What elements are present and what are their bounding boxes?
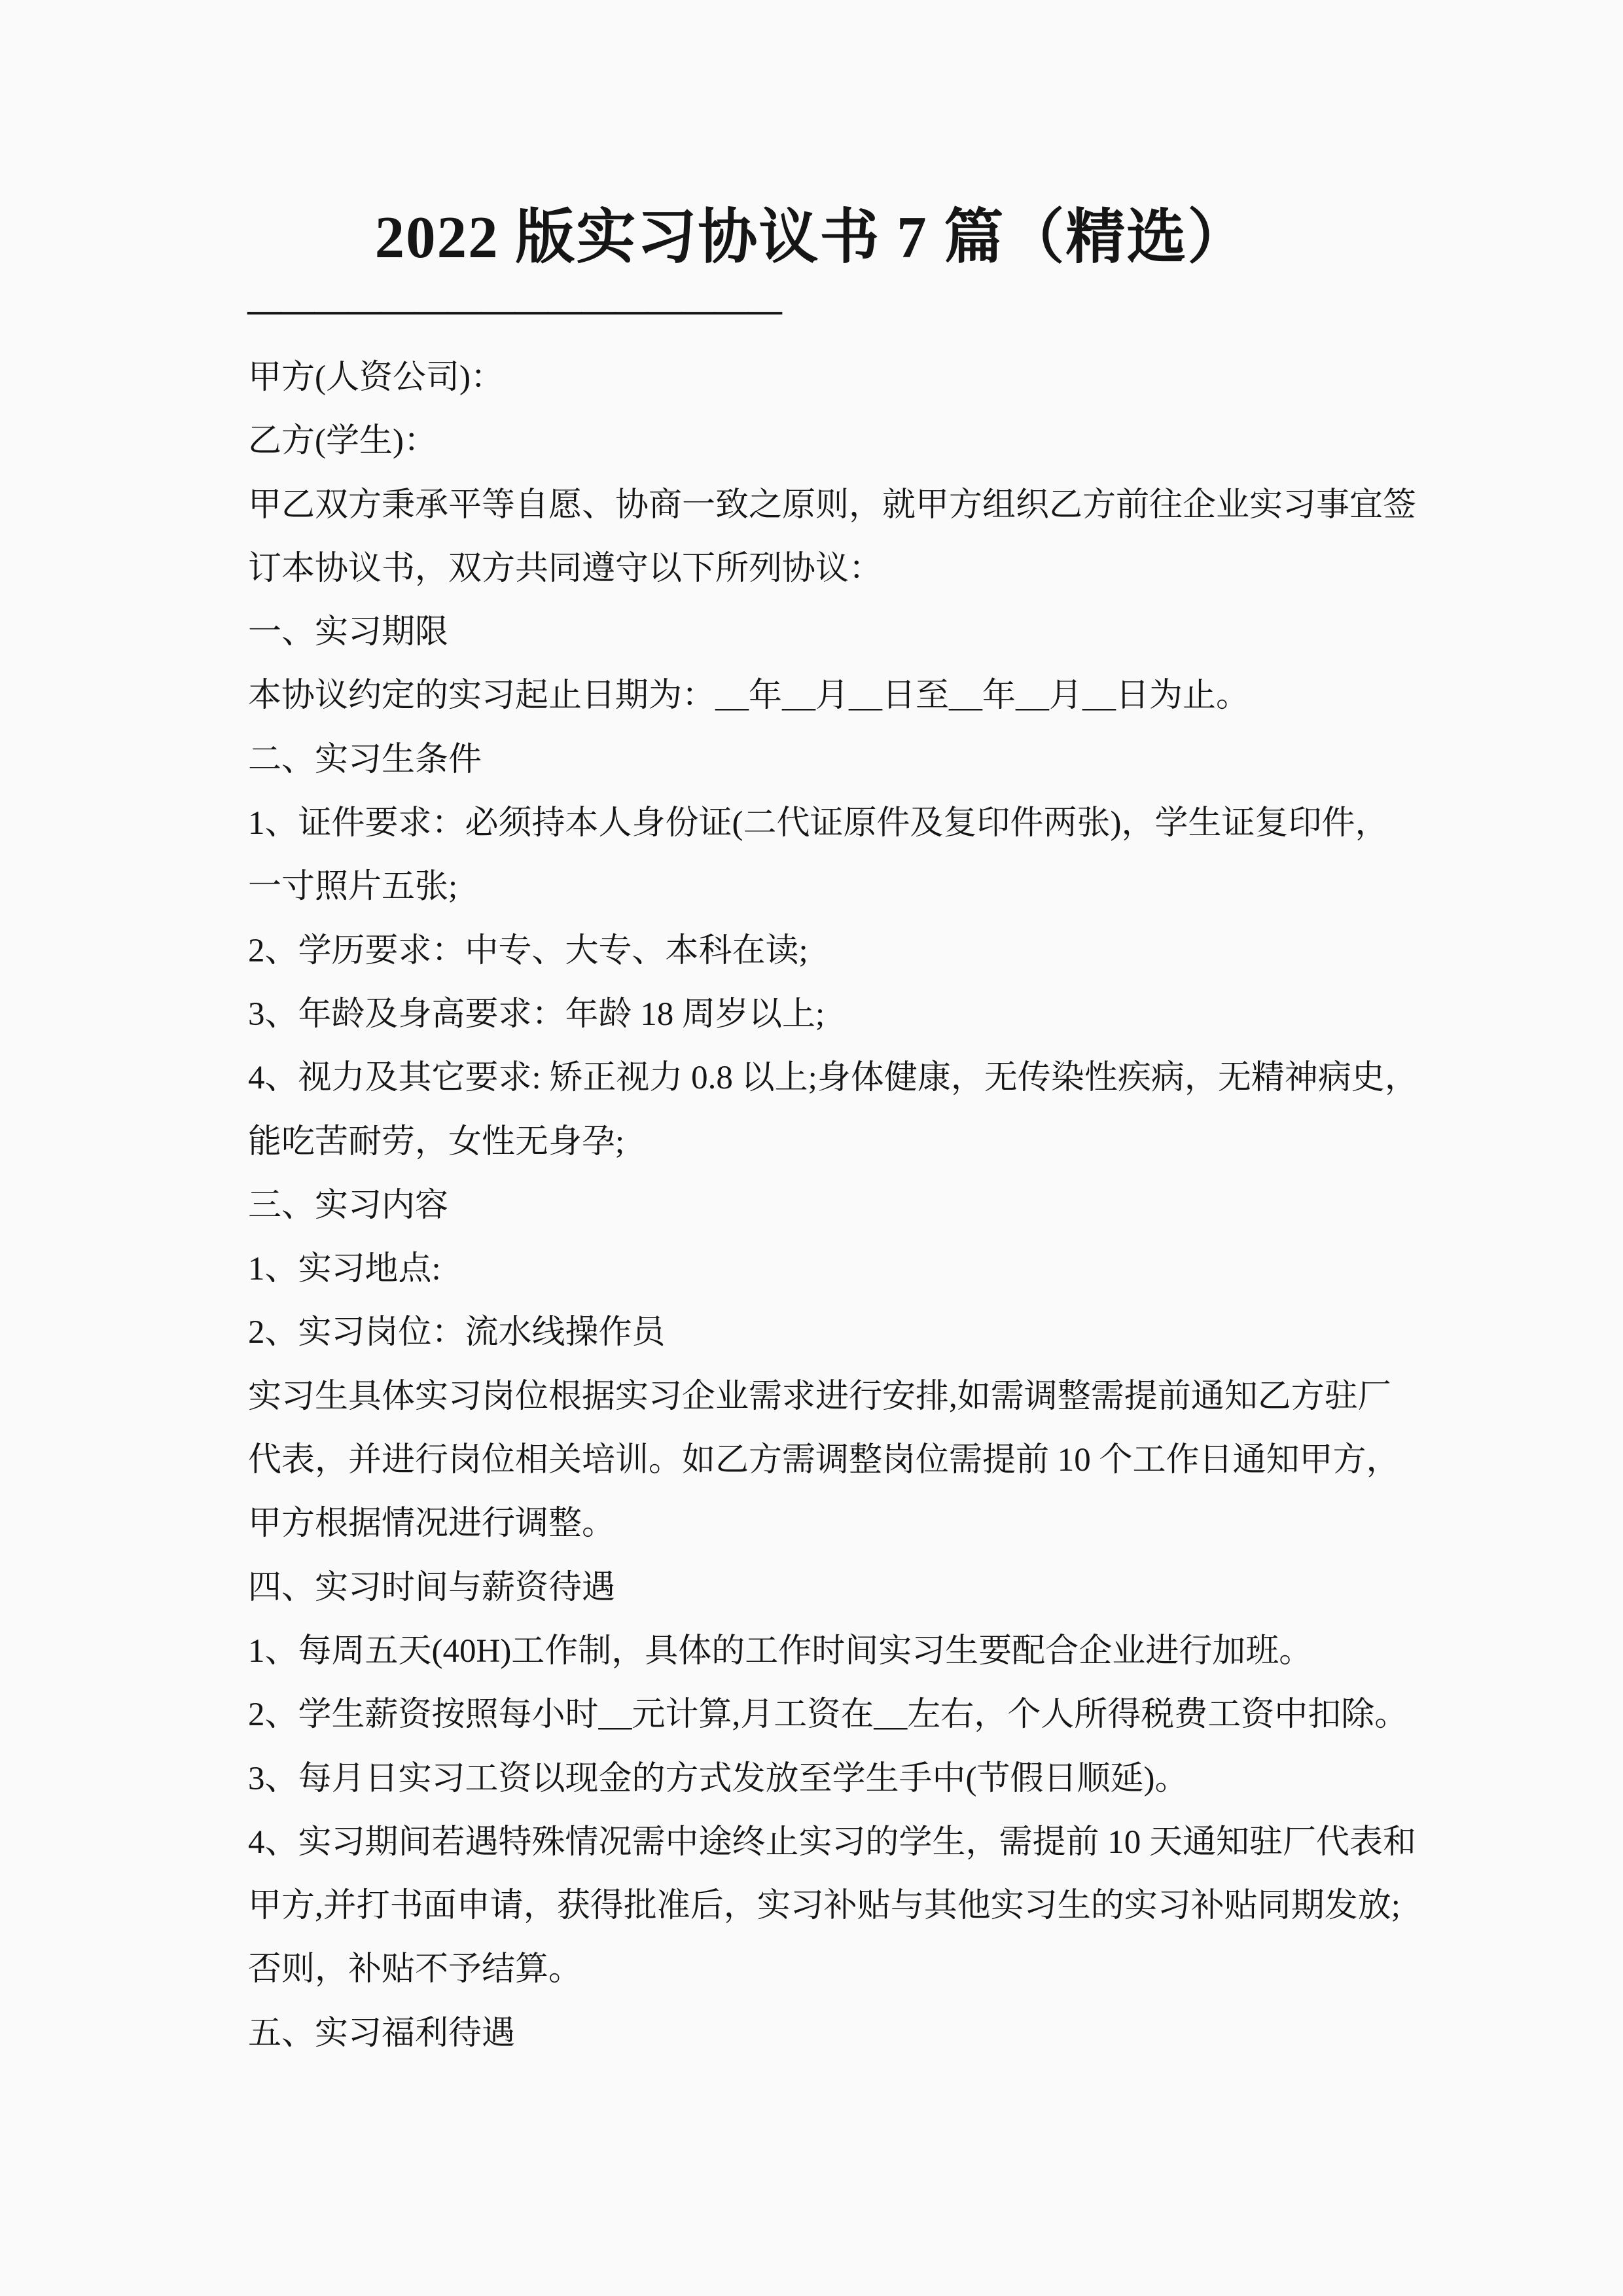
document-line: 甲乙双方秉承平等自愿、协商一致之原则，就甲方组织乙方前往企业实习事宜签 [248,474,1426,537]
document-line: 五、实习福利待遇 [248,2002,1426,2066]
document-line: 2、学生薪资按照每小时__元计算,月工资在__左右，个人所得税费工资中扣除。 [248,1683,1426,1747]
document-line: 4、实习期间若遇特殊情况需中途终止实习的学生，需提前 10 天通知驻厂代表和 [248,1811,1426,1874]
document-line: 甲方,并打书面申请，获得批准后，实习补贴与其他实习生的实习补贴同期发放; [248,1874,1426,1938]
document-title: 2022 版实习协议书 7 篇（精选） [0,193,1623,281]
document-line: 3、每月日实习工资以现金的方式发放至学生手中(节假日顺延)。 [248,1748,1426,1811]
document-line: 2、学历要求：中专、大专、本科在读; [248,920,1426,983]
document-line: 3、年龄及身高要求：年龄 18 周岁以上; [248,983,1426,1047]
document-line: 实习生具体实习岗位根据实习企业需求进行安排,如需调整需提前通知乙方驻厂 [248,1365,1426,1429]
document-line: 1、实习地点: [248,1238,1426,1301]
document-page: 2022 版实习协议书 7 篇（精选） ———————————————— 甲方(… [0,0,1623,2296]
document-line: 甲方根据情况进行调整。 [248,1492,1426,1556]
document-line: 4、视力及其它要求: 矫正视力 0.8 以上;身体健康，无传染性疾病，无精神病史… [248,1047,1426,1110]
document-line: 一寸照片五张; [248,855,1426,919]
document-line: 1、证件要求：必须持本人身份证(二代证原件及复印件两张)，学生证复印件， [248,792,1426,855]
document-line: 能吃苦耐劳，女性无身孕; [248,1111,1426,1174]
document-line: 二、实习生条件 [248,728,1426,792]
document-line: 甲方(人资公司)： [248,346,1426,410]
document-line: 订本协议书，双方共同遵守以下所列协议： [248,537,1426,601]
document-line: 否则，补贴不予结算。 [248,1938,1426,2001]
document-line: 一、实习期限 [248,601,1426,664]
document-line: 2、实习岗位：流水线操作员 [248,1301,1426,1365]
document-body: 甲方(人资公司)：乙方(学生)：甲乙双方秉承平等自愿、协商一致之原则，就甲方组织… [248,346,1426,2066]
document-line: 本协议约定的实习起止日期为：__年__月__日至__年__月__日为止。 [248,664,1426,728]
document-line: 代表，并进行岗位相关培训。如乙方需调整岗位需提前 10 个工作日通知甲方， [248,1429,1426,1492]
divider-line: ———————————————— [247,278,781,344]
document-line: 四、实习时间与薪资待遇 [248,1556,1426,1620]
document-line: 三、实习内容 [248,1174,1426,1238]
document-line: 乙方(学生)： [248,410,1426,473]
document-line: 1、每周五天(40H)工作制，具体的工作时间实习生要配合企业进行加班。 [248,1620,1426,1683]
